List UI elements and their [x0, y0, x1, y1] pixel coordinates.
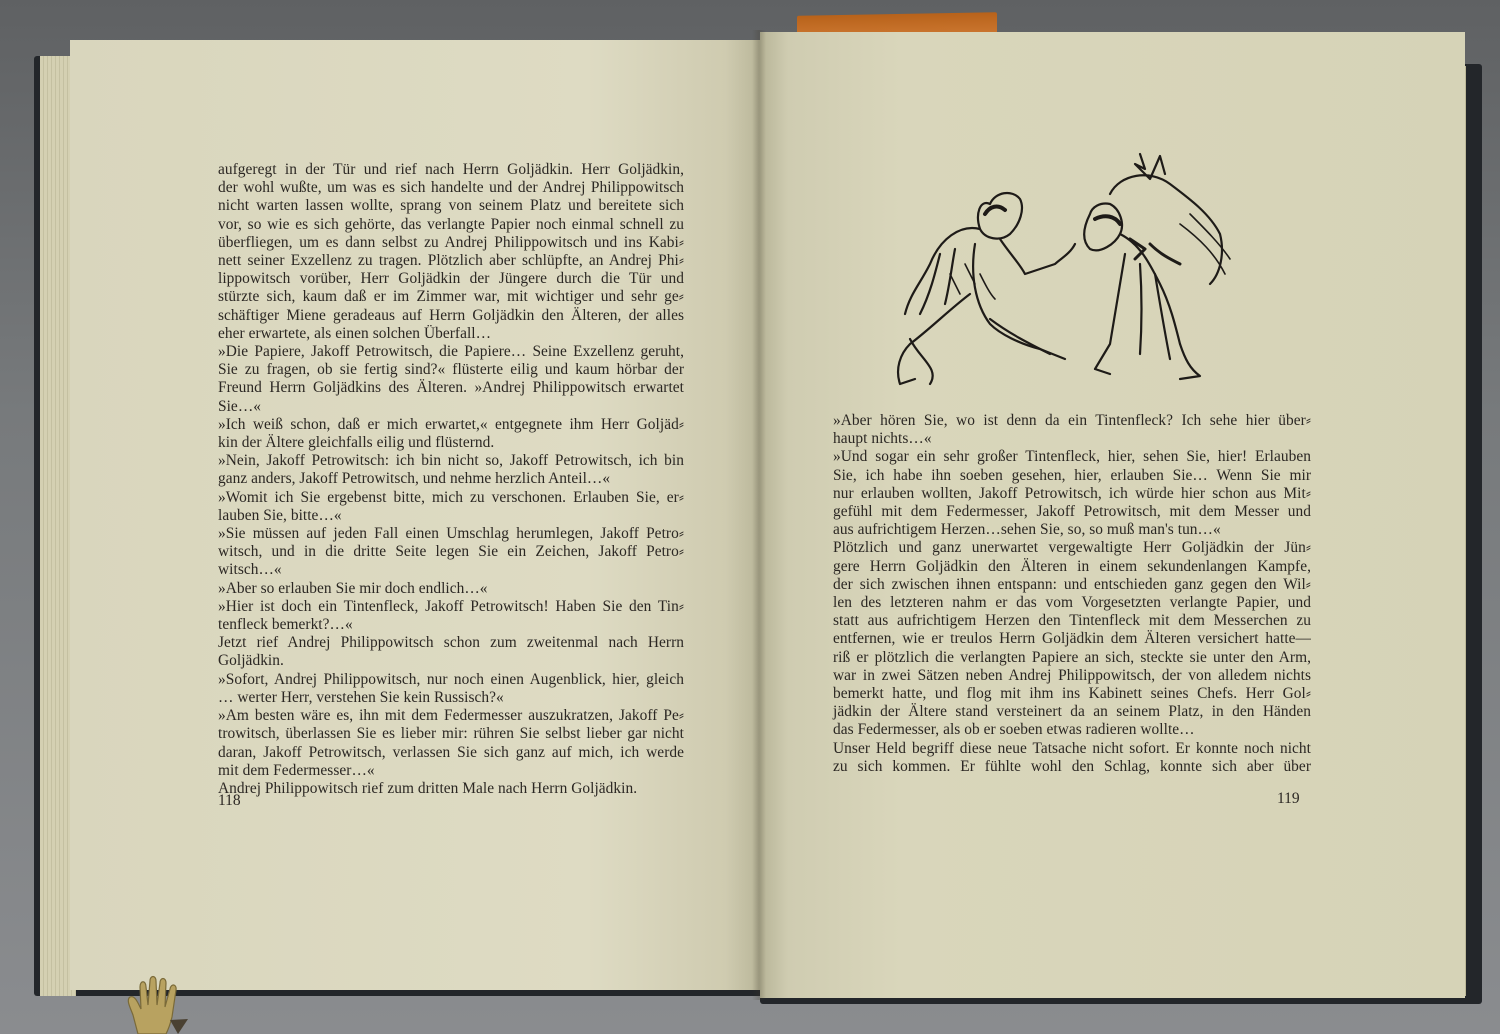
text-line: aus aufrichtigem Herzen…sehen Sie, so, s… [833, 521, 1311, 539]
text-line: lippowitsch vorüber, Herr Goljädkin der … [218, 270, 684, 288]
text-line: schäftiger Miene geradeaus auf Herrn Gol… [218, 307, 684, 325]
text-line: witsch…« [218, 561, 684, 579]
text-line: daran, Jakoff Petrowitsch, verlassen Sie… [218, 744, 684, 762]
text-line: ganz anders, Jakoff Petrowitsch, und neh… [218, 470, 684, 488]
text-line: kin der Ältere gleichfalls eilig und flü… [218, 434, 684, 452]
text-line: Plötzlich und ganz unerwartet vergewalti… [833, 539, 1311, 557]
text-line: nur erlauben wollten, Jakoff Petrowitsch… [833, 485, 1311, 503]
text-line: Sie, ich habe ihn soeben gesehen, hier, … [833, 467, 1311, 485]
text-line: Andrej Philippowitsch rief zum dritten M… [218, 780, 684, 798]
text-line: »Ich weiß schon, daß er mich erwartet,« … [218, 416, 684, 434]
book-gutter [752, 30, 766, 1000]
text-line: gefühl mit dem Federmesser, Jakoff Petro… [833, 503, 1311, 521]
text-line: »Am besten wäre es, ihn mit dem Federmes… [218, 707, 684, 725]
text-line: haupt nichts…« [833, 430, 1311, 448]
text-line: trowitsch, überlassen Sie es lieber mir:… [218, 725, 684, 743]
left-page: aufgeregt in der Tür und rief nach Herrn… [70, 40, 760, 990]
text-line: überfliegen, um es dann selbst zu Andrej… [218, 234, 684, 252]
text-line: »Und sogar ein sehr großer Tintenfleck, … [833, 448, 1311, 466]
text-line: Sie…« [218, 398, 684, 416]
text-line: Sie zu fragen, ob sie fertig sind?« flüs… [218, 361, 684, 379]
right-page-text: »Aber hören Sie, wo ist denn da ein Tint… [833, 412, 1311, 776]
text-line: Jetzt rief Andrej Philippowitsch schon z… [218, 634, 684, 652]
text-line: lauben Sie, bitte…« [218, 507, 684, 525]
text-line: nett seiner Exzellenz zu tragen. Plötzli… [218, 252, 684, 270]
text-line: bemerkt hatte, und flog mit ihm ins Kabi… [833, 685, 1311, 703]
left-figure [898, 193, 1075, 384]
text-line: statt aus aufrichtigem Herzen den Tinten… [833, 612, 1311, 630]
text-line: Goljädkin. [218, 652, 684, 670]
text-line: tenfleck bemerkt?…« [218, 616, 684, 634]
left-page-text: aufgeregt in der Tür und rief nach Herrn… [218, 161, 684, 798]
text-line: das Federmesser, als ob er soeben etwas … [833, 721, 1311, 739]
ink-sketch-illustration [880, 144, 1240, 404]
text-line: »Sie müssen auf jeden Fall einen Umschla… [218, 525, 684, 543]
text-line: »Die Papiere, Jakoff Petrowitsch, die Pa… [218, 343, 684, 361]
text-line: war in zwei Sätzen neben Andrej Philippo… [833, 667, 1311, 685]
page-number-right: 119 [1277, 790, 1300, 808]
text-line: »Aber hören Sie, wo ist denn da ein Tint… [833, 412, 1311, 430]
text-line: zu sich kommen. Er fühlte wohl den Schla… [833, 758, 1311, 776]
text-line: »Womit ich Sie ergebenst bitte, mich zu … [218, 489, 684, 507]
text-line: »Aber so erlauben Sie mir doch endlich…« [218, 580, 684, 598]
text-line: eher erwartete, als einen solchen Überfa… [218, 325, 684, 343]
right-page: »Aber hören Sie, wo ist denn da ein Tint… [760, 32, 1465, 998]
text-line: witsch, und in die dritte Seite legen Si… [218, 543, 684, 561]
text-line: aufgeregt in der Tür und rief nach Herrn… [218, 161, 684, 179]
text-line: mit dem Federmesser…« [218, 762, 684, 780]
text-line: »Nein, Jakoff Petrowitsch: ich bin nicht… [218, 452, 684, 470]
text-line: der sich zwischen ihnen entspann: und en… [833, 576, 1311, 594]
text-line: »Hier ist doch ein Tintenfleck, Jakoff P… [218, 598, 684, 616]
text-line: jädkin der Ältere stand versteinert da a… [833, 703, 1311, 721]
page-number-left: 118 [218, 792, 241, 810]
text-line: »Sofort, Andrej Philippowitsch, nur noch… [218, 671, 684, 689]
text-line: riß er plötzlich die verlangten Papiere … [833, 649, 1311, 667]
text-line: Unser Held begriff diese neue Tatsache n… [833, 740, 1311, 758]
text-line: … werter Herr, verstehen Sie kein Russis… [218, 689, 684, 707]
text-line: nicht warten lassen wollte, sprang von s… [218, 197, 684, 215]
brass-hand-page-holder-icon [108, 975, 208, 1034]
text-line: len des letzteren nahm er das vom Vorges… [833, 594, 1311, 612]
right-figure [1084, 154, 1230, 379]
text-line: der wohl wußte, um was es sich handelte … [218, 179, 684, 197]
text-line: gere Herrn Goljädkin den Älteren in eine… [833, 558, 1311, 576]
text-line: entfernen, wie er treulos Herrn Goljädki… [833, 630, 1311, 648]
text-line: vor, so wie es sich gehörte, das verlang… [218, 216, 684, 234]
text-line: stürzte sich, kaum daß er im Zimmer war,… [218, 288, 684, 306]
text-line: Freund Herrn Goljädkins des Älteren. »An… [218, 379, 684, 397]
